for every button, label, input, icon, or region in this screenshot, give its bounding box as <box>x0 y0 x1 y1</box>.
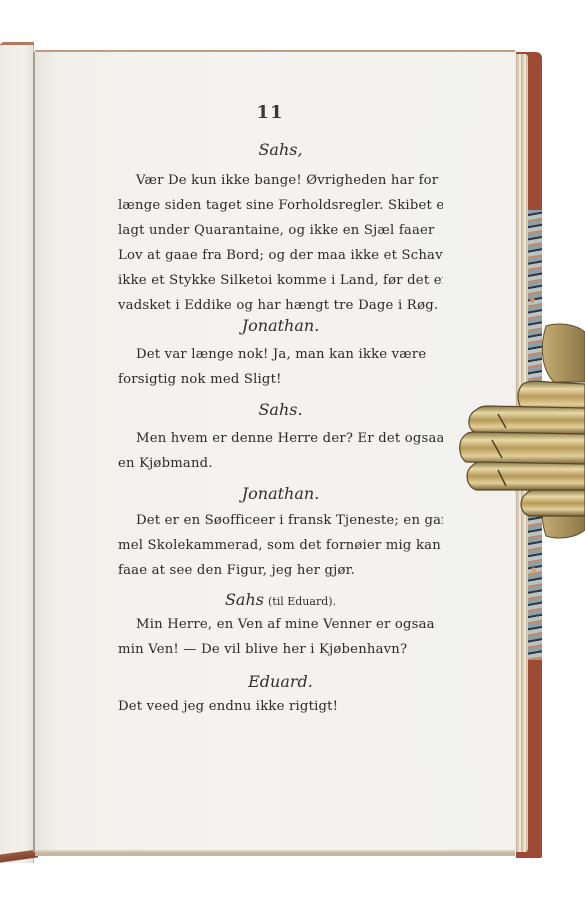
speech-line: lagt under Quarantaine, og ikke en Sjæl … <box>118 218 443 243</box>
speech-line: Vær De kun ikke bange! Øvrigheden har fo… <box>118 168 443 193</box>
speech-line: forsigtig nok med Sligt! <box>118 367 443 392</box>
speech-line: Det er en Søofficeer i fransk Tjeneste; … <box>118 508 443 533</box>
speech-line: Lov at gaae fra Bord; og der maa ikke et… <box>118 243 443 268</box>
stage-direction: (til Eduard). <box>268 595 336 608</box>
speech-line: min Ven! — De vil blive her i Kjøbenhavn… <box>118 637 443 662</box>
page-gutter <box>33 52 35 852</box>
speaker-name: Sahs, <box>258 140 302 159</box>
speaker-heading: Sahs. <box>118 400 443 419</box>
speech-line: en Kjøbmand. <box>118 451 443 476</box>
speaker-heading: Jonathan. <box>118 484 443 503</box>
left-page-edge <box>0 42 34 863</box>
speaker-name: Eduard. <box>248 672 313 691</box>
speech-line: faae at see den Figur, jeg her gjør. <box>118 558 443 583</box>
speaker-name: Jonathan. <box>242 316 320 335</box>
speaker-heading: Jonathan. <box>118 316 443 335</box>
speech-line: vadsket i Eddike og har hængt tre Dage i… <box>118 293 443 318</box>
brass-hand-clasp-icon <box>458 322 585 540</box>
speech-paragraph: Det veed jeg endnu ikke rigtigt! <box>118 694 443 719</box>
speech-paragraph: Vær De kun ikke bange! Øvrigheden har fo… <box>118 168 443 318</box>
speaker-heading: Sahs, <box>118 140 443 159</box>
speech-line: ikke et Stykke Silketoi komme i Land, fø… <box>118 268 443 293</box>
speech-paragraph: Det er en Søofficeer i fransk Tjeneste; … <box>118 508 443 583</box>
speech-line: Det var længe nok! Ja, man kan ikke være <box>118 342 443 367</box>
speech-line: Min Herre, en Ven af mine Venner er ogsa… <box>118 612 443 637</box>
speaker-name: Sahs. <box>258 400 302 419</box>
speech-paragraph: Det var længe nok! Ja, man kan ikke være… <box>118 342 443 392</box>
speech-line: mel Skolekammerad, som det fornøier mig … <box>118 533 443 558</box>
speaker-heading: Sahs(til Eduard). <box>118 590 443 609</box>
speaker-heading: Eduard. <box>118 672 443 691</box>
speech-paragraph: Men hvem er denne Herre der? Er det ogsa… <box>118 426 443 476</box>
speech-paragraph: Min Herre, en Ven af mine Venner er ogsa… <box>118 612 443 662</box>
page-number: 11 <box>240 102 300 123</box>
speech-line: længe siden taget sine Forholdsregler. S… <box>118 193 443 218</box>
speaker-name: Jonathan. <box>242 484 320 503</box>
speech-line: Det veed jeg endnu ikke rigtigt! <box>118 694 443 719</box>
speech-line: Men hvem er denne Herre der? Er det ogsa… <box>118 426 443 451</box>
speaker-name: Sahs <box>225 590 264 609</box>
